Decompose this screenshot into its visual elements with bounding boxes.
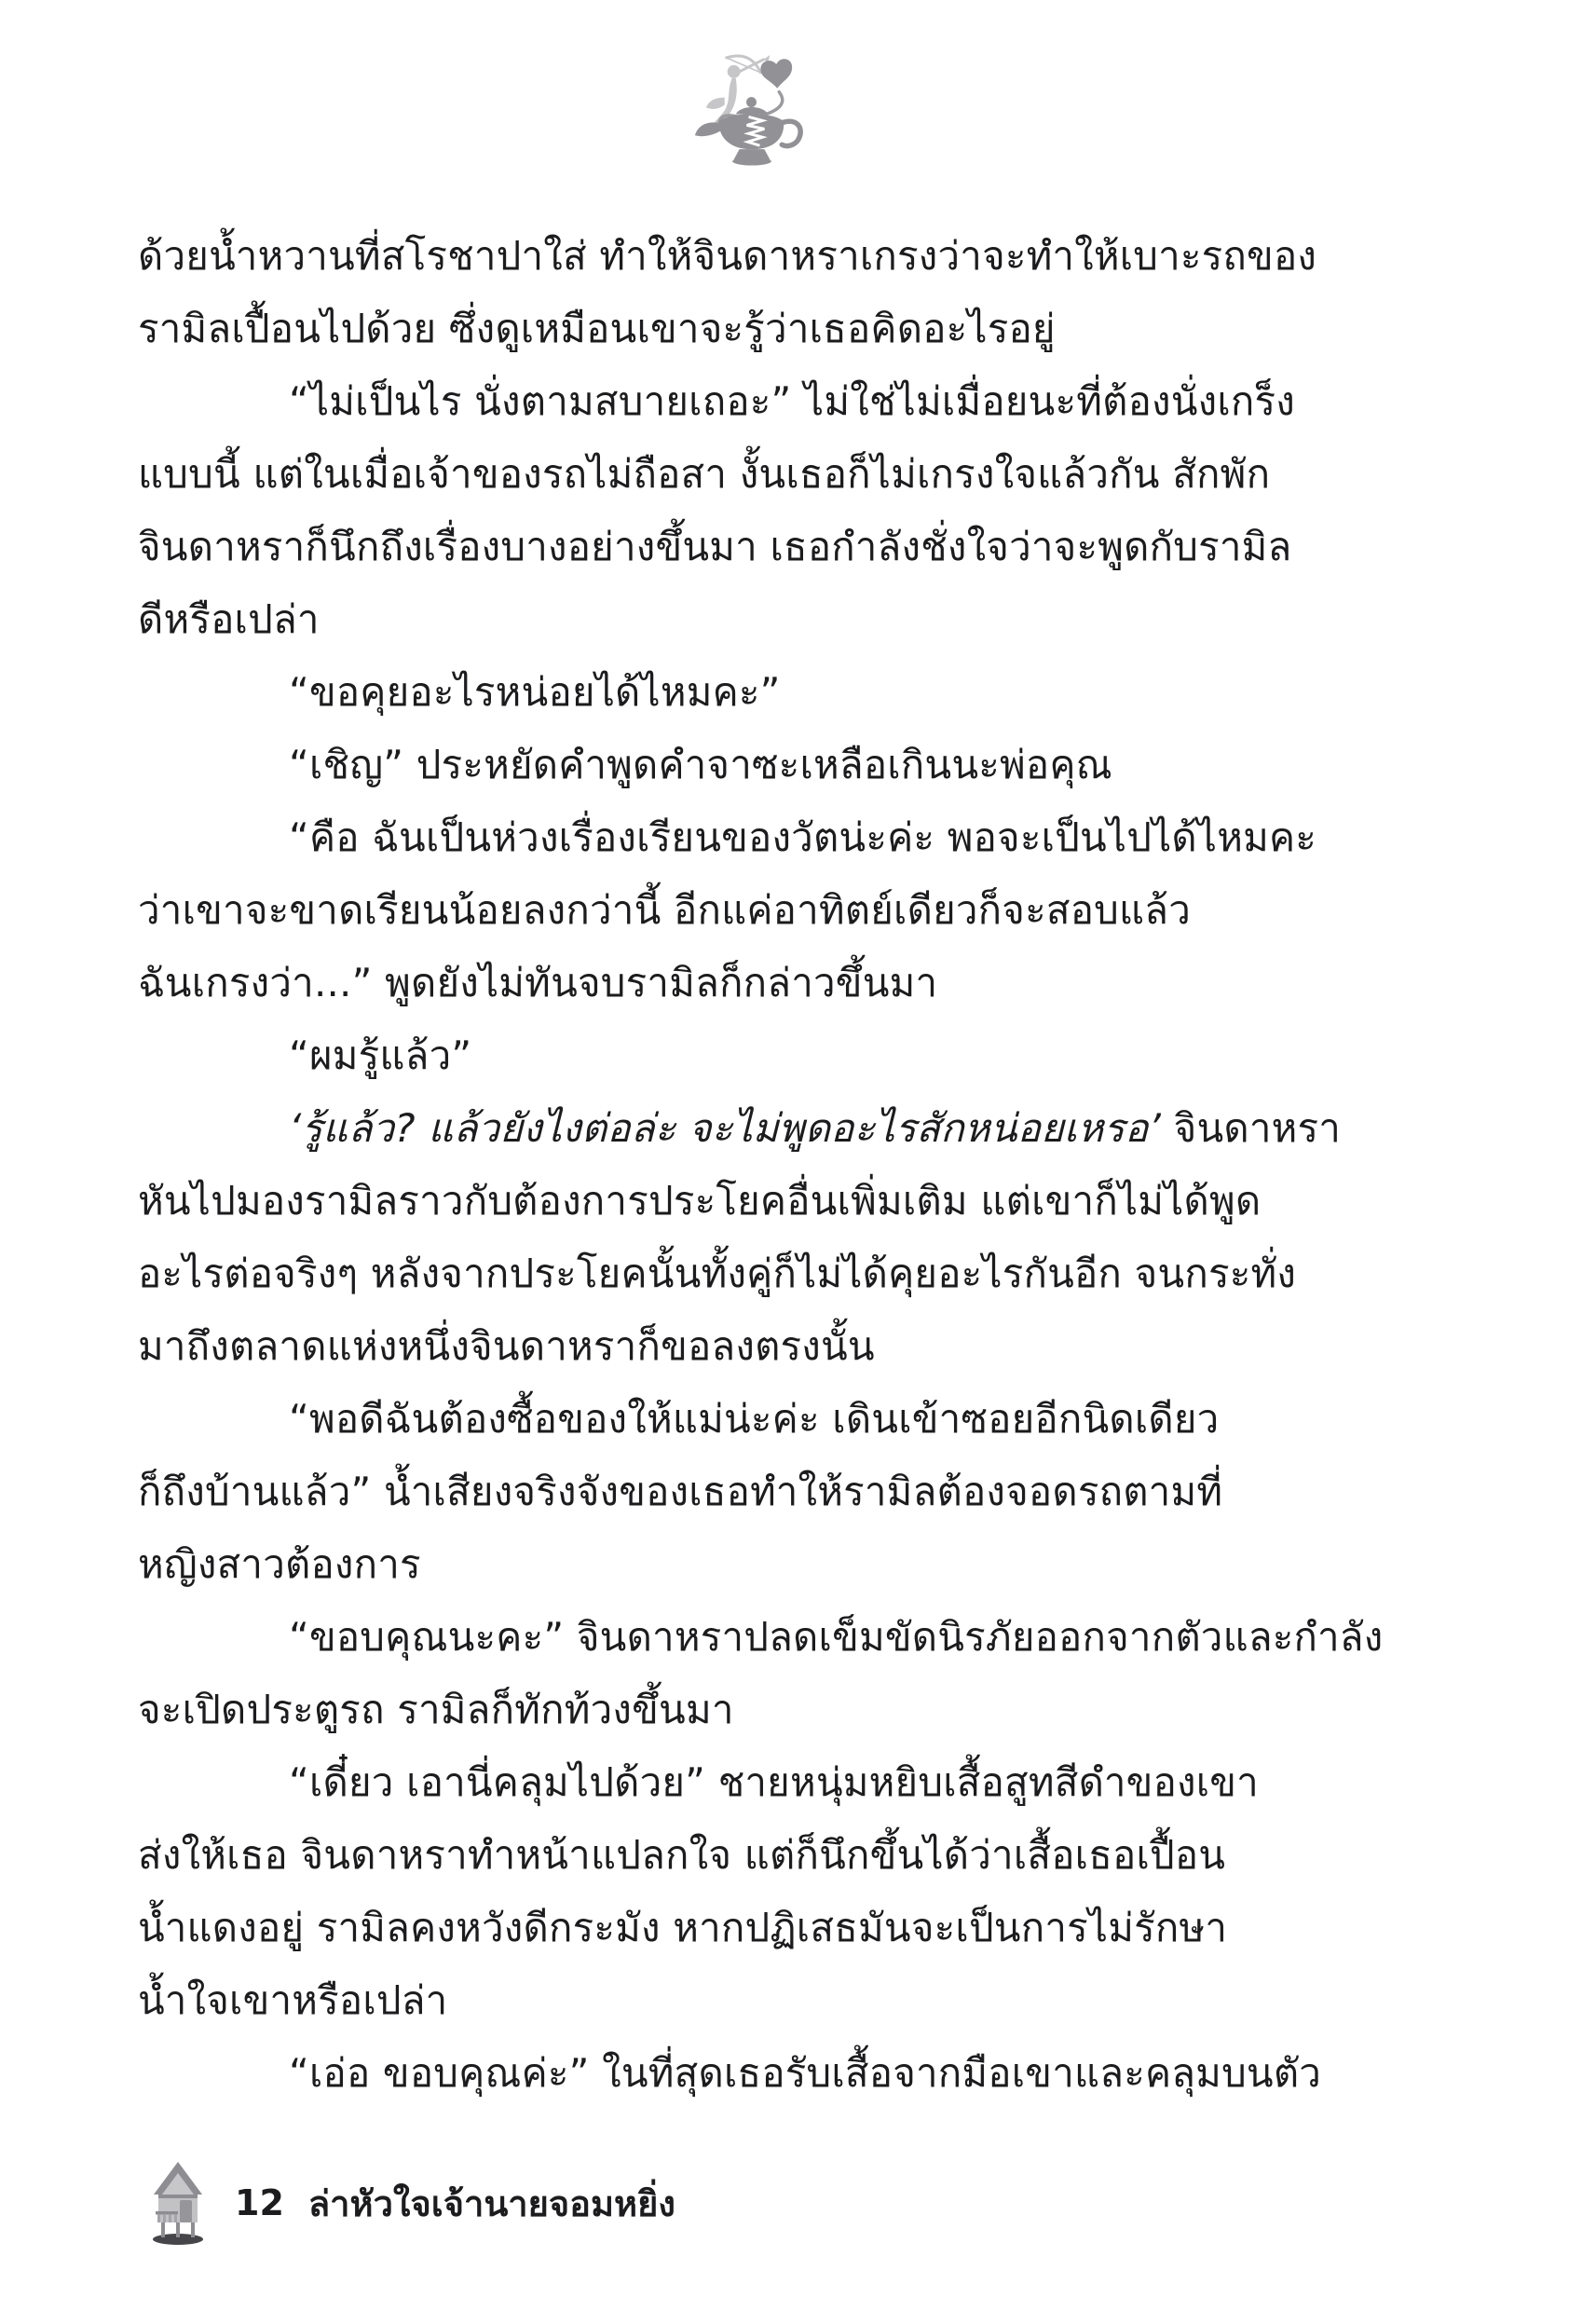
text-line: “พอดีฉันต้องซื้อของให้แม่น่ะค่ะ เดินเข้า… <box>138 1383 1323 1456</box>
text-line: มาถึงตลาดแห่งหนึ่งจินดาหราก็ขอลงตรงนั้น <box>138 1310 1323 1383</box>
thai-stilt-house-icon <box>149 2160 207 2246</box>
text-line: ด้วยน้ำหวานที่สโรชาปาใส่ ทำให้จินดาหราเก… <box>138 220 1323 293</box>
text-line: “เอ่อ ขอบคุณค่ะ” ในที่สุดเธอรับเสื้อจากม… <box>138 2037 1323 2110</box>
page-text: ด้วยน้ำหวานที่สโรชาปาใส่ ทำให้จินดาหราเก… <box>138 220 1323 2110</box>
text-line: จินดาหรา <box>1174 1105 1341 1151</box>
cupid-genie-lamp-icon <box>693 48 809 175</box>
text-line: “ขอบคุณนะคะ” จินดาหราปลดเข็มขัดนิรภัยออก… <box>138 1601 1323 1674</box>
text-line: จินดาหราก็นึกถึงเรื่องบางอย่างขึ้นมา เธอ… <box>138 511 1323 583</box>
text-line: หันไปมองรามิลราวกับต้องการประโยคอื่นเพิ่… <box>138 1165 1323 1238</box>
text-line: “เชิญ” ประหยัดคำพูดคำจาซะเหลือเกินนะพ่อค… <box>138 729 1323 801</box>
text-line: “ผมรู้แล้ว” <box>138 1019 1323 1092</box>
text-line: ดีหรือเปล่า <box>138 583 1323 656</box>
text-line: “ไม่เป็นไร นั่งตามสบายเถอะ” ไม่ใช่ไม่เมื… <box>138 365 1323 438</box>
text-line: “ขอคุยอะไรหน่อยได้ไหมคะ” <box>138 656 1323 729</box>
text-line: รามิลเปื้อนไปด้วย ซึ่งดูเหมือนเขาจะรู้ว่… <box>138 293 1323 365</box>
text-line: อะไรต่อจริงๆ หลังจากประโยคนั้นทั้งคู่ก็ไ… <box>138 1238 1323 1310</box>
text-line: จะเปิดประตูรถ รามิลก็ทักท้วงขึ้นมา <box>138 1674 1323 1746</box>
text-line: “เดี๋ยว เอานี่คลุมไปด้วย” ชายหนุ่มหยิบเส… <box>138 1746 1323 1819</box>
text-line: น้ำใจเขาหรือเปล่า <box>138 1964 1323 2037</box>
page-footer: 12 ล่าหัวใจเจ้านายจอมหยิ่ง <box>149 2160 675 2246</box>
text-line: น้ำแดงอยู่ รามิลคงหวังดีกระมัง หากปฏิเสธ… <box>138 1892 1323 1964</box>
book-page: ด้วยน้ำหวานที่สโรชาปาใส่ ทำให้จินดาหราเก… <box>0 0 1596 2311</box>
text-line: ก็ถึงบ้านแล้ว” น้ำเสียงจริงจังของเธอทำให… <box>138 1456 1323 1528</box>
inner-monologue-text: ‘รู้แล้ว? แล้วยังไงต่อล่ะ จะไม่พูดอะไรสั… <box>289 1105 1174 1151</box>
text-line: ว่าเขาจะขาดเรียนน้อยลงกว่านี้ อีกแค่อาทิ… <box>138 874 1323 947</box>
text-line: ‘รู้แล้ว? แล้วยังไงต่อล่ะ จะไม่พูดอะไรสั… <box>138 1092 1323 1165</box>
book-title: ล่าหัวใจเจ้านายจอมหยิ่ง <box>308 2175 675 2232</box>
text-line: หญิงสาวต้องการ <box>138 1528 1323 1601</box>
text-line: แบบนี้ แต่ในเมื่อเจ้าของรถไม่ถือสา งั้นเ… <box>138 438 1323 511</box>
text-line: ฉันเกรงว่า...” พูดยังไม่ทันจบรามิลก็กล่า… <box>138 947 1323 1019</box>
text-line: “คือ ฉันเป็นห่วงเรื่องเรียนของวัตน่ะค่ะ … <box>138 801 1323 874</box>
text-line: ส่งให้เธอ จินดาหราทำหน้าแปลกใจ แต่ก็นึกข… <box>138 1819 1323 1892</box>
page-number: 12 <box>235 2182 284 2223</box>
